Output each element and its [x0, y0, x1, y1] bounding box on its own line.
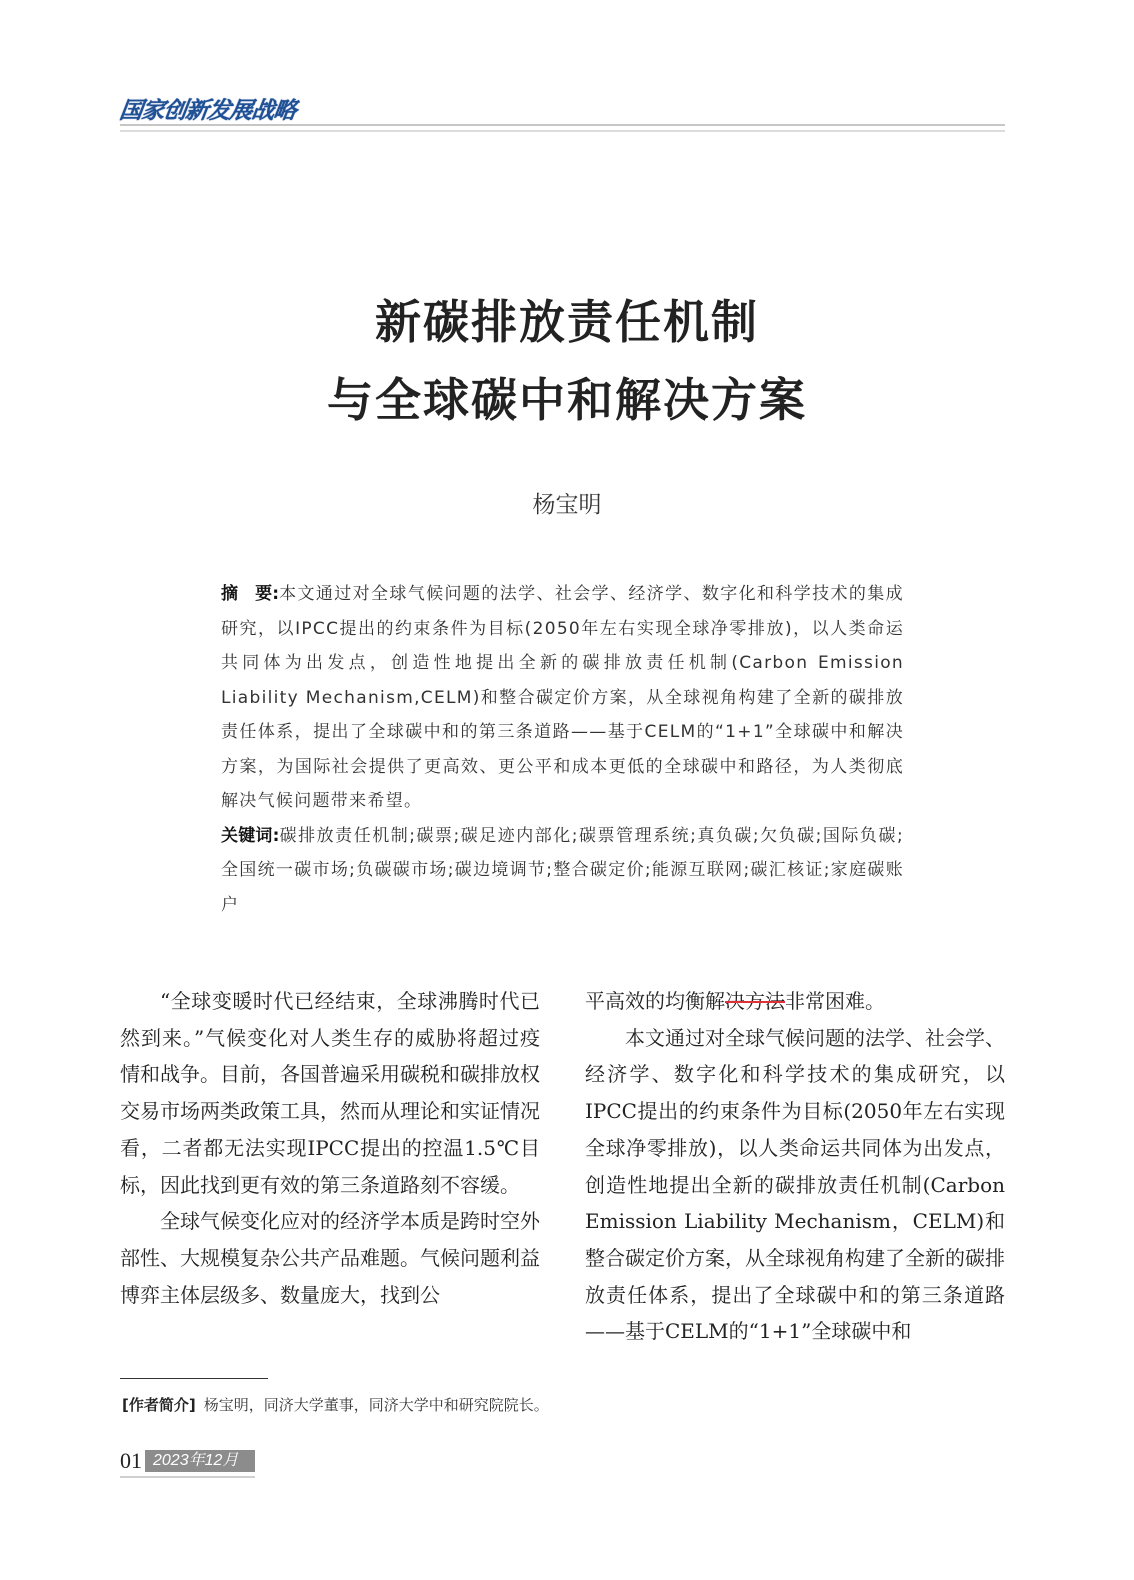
footnote-text: 杨宝明，同济大学董事，同济大学中和研究院院长。 — [204, 1396, 549, 1414]
journal-header: 国家创新发展战略 — [120, 92, 1005, 125]
body-paragraph: 全球气候变化应对的经济学本质是跨时空外部性、大规模复杂公共产品难题。气候问题利益… — [120, 1203, 540, 1313]
body-column-right: 平高效的均衡解决方法非常困难。 本文通过对全球气候问题的法学、社会学、经济学、数… — [585, 983, 1005, 1350]
keywords-text: 碳排放责任机制;碳票;碳足迹内部化;碳票管理系统;真负碳;欠负碳;国际负碳;全国… — [221, 826, 904, 915]
struck-text: 决方法 — [725, 989, 785, 1013]
body-paragraph: “全球变暖时代已经结束，全球沸腾时代已然到来。”气候变化对人类生存的威胁将超过疫… — [120, 983, 540, 1203]
page-number: 01 — [120, 1448, 142, 1474]
abstract-block: 摘 要:本文通过对全球气候问题的法学、社会学、经济学、数字化和科学技术的集成研究… — [221, 577, 904, 922]
journal-logo: 国家创新发展战略 — [118, 92, 299, 125]
body-paragraph: 本文通过对全球气候问题的法学、社会学、经济学、数字化和科学技术的集成研究，以IP… — [585, 1020, 1005, 1350]
abstract-text: 本文通过对全球气候问题的法学、社会学、经济学、数字化和科学技术的集成研究，以IP… — [221, 584, 904, 811]
article-author: 杨宝明 — [0, 486, 1134, 519]
article-title-line1: 新碳排放责任机制 — [0, 286, 1134, 352]
footnote-label: [作者简介] — [122, 1396, 196, 1414]
article-title-line2: 与全球碳中和解决方案 — [0, 364, 1134, 430]
abstract-label: 摘 要: — [221, 584, 279, 604]
issue-date-badge: 2023年12月 — [145, 1450, 255, 1472]
footnote-divider — [120, 1378, 268, 1379]
author-footnote: [作者简介]杨宝明，同济大学董事，同济大学中和研究院院长。 — [122, 1394, 549, 1415]
body-text: 平高效的均衡解 — [585, 989, 725, 1013]
header-divider-secondary — [120, 130, 1005, 132]
body-text: 非常困难。 — [785, 989, 885, 1013]
footer-divider — [120, 1476, 255, 1478]
header-divider — [120, 124, 1005, 126]
body-column-left: “全球变暖时代已经结束，全球沸腾时代已然到来。”气候变化对人类生存的威胁将超过疫… — [120, 983, 540, 1313]
keywords-label: 关键词: — [221, 826, 279, 846]
body-paragraph-continued: 平高效的均衡解决方法非常困难。 — [585, 983, 1005, 1020]
abstract-paragraph: 摘 要:本文通过对全球气候问题的法学、社会学、经济学、数字化和科学技术的集成研究… — [221, 577, 904, 819]
keywords-paragraph: 关键词:碳排放责任机制;碳票;碳足迹内部化;碳票管理系统;真负碳;欠负碳;国际负… — [221, 819, 904, 923]
